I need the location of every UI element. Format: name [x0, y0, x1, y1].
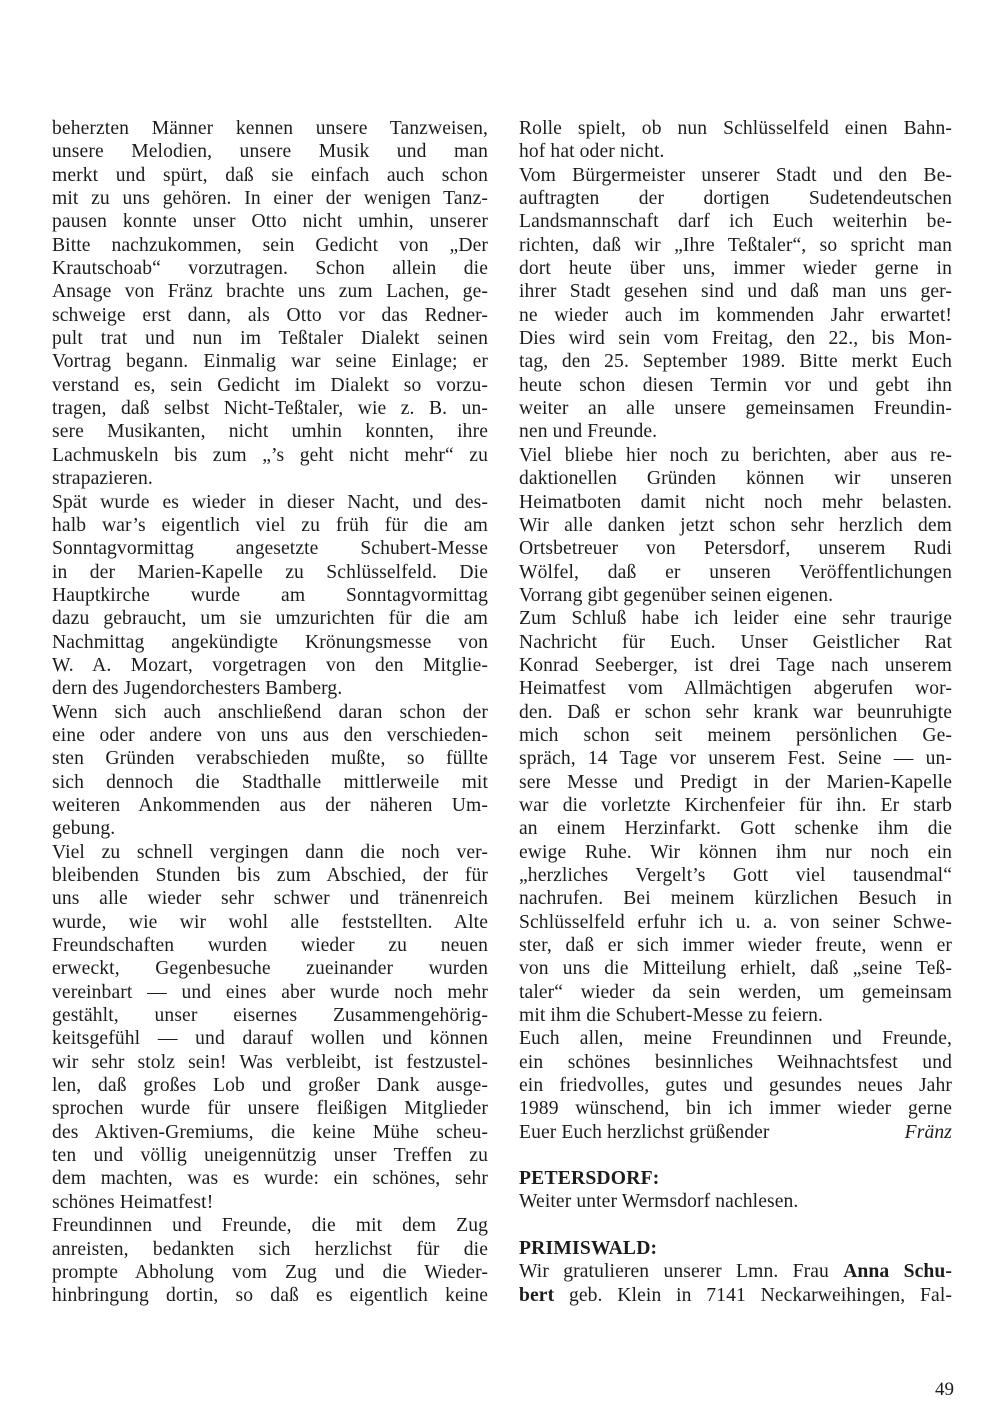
text-line: Vom Bürgermeister unserer Stadt und den … [519, 164, 952, 187]
text-line: Vorrang gibt gegenüber seinen eigenen. [519, 584, 952, 607]
closing-line: Euer Euch herzlichst grüßender Fränz [519, 1121, 952, 1144]
text-line: Spät wurde es wieder in dieser Nacht, un… [52, 491, 488, 514]
text-line: beherzten Männer kennen unsere Tanzweise… [52, 117, 488, 140]
text-line: Wenn sich auch anschließend daran schon … [52, 701, 488, 724]
text-line: hof hat oder nicht. [519, 140, 952, 163]
text-line: von uns die Mitteilung erhielt, daß „sei… [519, 957, 952, 980]
text-line: prompte Abholung vom Zug und die Wieder- [52, 1261, 488, 1284]
text-line: Zum Schluß habe ich leider eine sehr tra… [519, 607, 952, 630]
text-line: Freundinnen und Freunde, die mit dem Zug [52, 1214, 488, 1237]
section-text-primiswald: Wir gratulieren unserer Lmn. Frau Anna S… [519, 1260, 952, 1283]
text-line: heute schon diesen Termin vor und gebt i… [519, 374, 952, 397]
text-line: Heimatfest vom Allmächtigen abgerufen wo… [519, 677, 952, 700]
text-line: des Aktiven-Gremiums, die keine Mühe sch… [52, 1121, 488, 1144]
text-line: dort heute über uns, immer wieder gerne … [519, 257, 952, 280]
text-line: dazu gebraucht, um sie umzurichten für d… [52, 607, 488, 630]
text-line: mich schon seit meinem persönlichen Ge- [519, 724, 952, 747]
text-line: Euch allen, meine Freundinnen und Freund… [519, 1027, 952, 1050]
page-number: 49 [920, 1379, 954, 1401]
text-line: an einem Herzinfarkt. Gott schenke ihm d… [519, 817, 952, 840]
text-line: Sonntagvormittag angesetzte Schubert-Mes… [52, 537, 488, 560]
text-line: keitsgefühl — und darauf wollen und könn… [52, 1027, 488, 1050]
text-line: wurde, wie wir wohl alle feststellten. A… [52, 911, 488, 934]
text-line: Ortsbetreuer von Petersdorf, unserem Rud… [519, 537, 952, 560]
text-line: dern des Jugendorchesters Bamberg. [52, 677, 488, 700]
text-line: Konrad Seeberger, ist drei Tage nach uns… [519, 654, 952, 677]
text-line: unsere Melodien, unsere Musik und man [52, 140, 488, 163]
text-line: weiteren Ankommenden aus der näheren Um- [52, 794, 488, 817]
text-line: uns alle wieder sehr schwer und tränenre… [52, 887, 488, 910]
text-line: anreisten, bedankten sich herzlichst für… [52, 1238, 488, 1261]
text-line: sere Messe und Predigt in der Marien-Kap… [519, 771, 952, 794]
text-line: taler“ wieder da sein werden, um gemeins… [519, 981, 952, 1004]
text-line: ne wieder auch im kommenden Jahr erwarte… [519, 304, 952, 327]
text-line: tag, den 25. September 1989. Bitte merkt… [519, 350, 952, 373]
person-name: bert [519, 1285, 554, 1306]
text-line: Lachmuskeln bis zum „’s geht nicht mehr“… [52, 444, 488, 467]
section-spacer [519, 1214, 952, 1237]
text-line: Heimatboten damit nicht noch mehr belast… [519, 491, 952, 514]
text-line: sten Gründen verabschieden mußte, so fül… [52, 747, 488, 770]
text-line: weiter an alle unsere gemeinsamen Freund… [519, 397, 952, 420]
text-line: Hauptkirche wurde am Sonntagvormittag [52, 584, 488, 607]
text-line: ein schönes besinnliches Weihnachtsfest … [519, 1051, 952, 1074]
text-line: pausen konnte unser Otto nicht umhin, un… [52, 210, 488, 233]
text-line: auftragten der dortigen Sudetendeutschen [519, 187, 952, 210]
section-heading-primiswald: PRIMISWALD: [519, 1237, 952, 1260]
text-line: ein friedvolles, gutes und gesundes neue… [519, 1074, 952, 1097]
text-line: Landsmannschaft darf ich Euch weiterhin … [519, 210, 952, 233]
left-column: beherzten Männer kennen unsere Tanzweise… [52, 117, 488, 1308]
text-line: eine oder andere von uns aus den verschi… [52, 724, 488, 747]
text-line: mit zu uns gehören. In einer der wenigen… [52, 187, 488, 210]
text-line: Wir alle danken jetzt schon sehr herzlic… [519, 514, 952, 537]
text-line: Schlüsselfeld erfuhr ich u. a. von seine… [519, 911, 952, 934]
section-text-petersdorf: Weiter unter Wermsdorf nachlesen. [519, 1190, 952, 1213]
text-line: dem machten, was es wurde: ein schönes, … [52, 1167, 488, 1190]
document-page: beherzten Männer kennen unsere Tanzweise… [0, 0, 1000, 1413]
text-line: Viel zu schnell vergingen dann die noch … [52, 841, 488, 864]
text-line: gestählt, unser eisernes Zusammengehörig… [52, 1004, 488, 1027]
text-line: Nachmittag angekündigte Krönungsmesse vo… [52, 631, 488, 654]
text-line: Bitte nachzukommen, sein Gedicht von „De… [52, 234, 488, 257]
text-line: Dies wird sein vom Freitag, den 22., bis… [519, 327, 952, 350]
text-line: daktionellen Gründen können wir unseren [519, 467, 952, 490]
text-line: ten und völlig uneigennützig unser Treff… [52, 1144, 488, 1167]
text-line: vereinbart — und eines aber wurde noch m… [52, 981, 488, 1004]
text-line: tragen, daß selbst Nicht-Teßtaler, wie z… [52, 397, 488, 420]
text-line: strapazieren. [52, 467, 488, 490]
text-line: spräch, 14 Tage vor unserem Fest. Seine … [519, 747, 952, 770]
text-line: war die vorletzte Kirchenfeier für ihn. … [519, 794, 952, 817]
text-line: pult trat und nun im Teßtaler Dialekt se… [52, 327, 488, 350]
right-column: Rolle spielt, ob nun Schlüsselfeld einen… [519, 117, 952, 1307]
text-line: halb war’s eigentlich viel zu früh für d… [52, 514, 488, 537]
text-run: Wir gratulieren unserer Lmn. Frau [519, 1261, 843, 1282]
text-line: verstand es, sein Gedicht im Dialekt so … [52, 374, 488, 397]
text-line: Krautschoab“ vorzutragen. Schon allein d… [52, 257, 488, 280]
text-line: nen und Freunde. [519, 420, 952, 443]
text-line: nachrufen. Bei meinem kürzlichen Besuch … [519, 887, 952, 910]
text-line: 1989 wünschend, bin ich immer wieder ger… [519, 1097, 952, 1120]
text-line: ihrer Stadt gesehen sind und daß man uns… [519, 280, 952, 303]
text-line: in der Marien-Kapelle zu Schlüsselfeld. … [52, 561, 488, 584]
text-line: Wölfel, daß er unseren Veröffentlichunge… [519, 561, 952, 584]
text-line: len, daß großes Lob und großer Dank ausg… [52, 1074, 488, 1097]
text-line: Rolle spielt, ob nun Schlüsselfeld einen… [519, 117, 952, 140]
author-signature: Fränz [905, 1121, 952, 1144]
text-line: Vortrag begann. Einmalig war seine Einla… [52, 350, 488, 373]
text-line: „herzliches Vergelt’s Gott viel tausendm… [519, 864, 952, 887]
text-line: schönes Heimatfest! [52, 1191, 488, 1214]
text-line: merkt und spürt, daß sie einfach auch sc… [52, 164, 488, 187]
person-name: Anna Schu- [843, 1261, 952, 1282]
text-line: Freundschaften wurden wieder zu neuen [52, 934, 488, 957]
text-line: bleibenden Stunden bis zum Abschied, der… [52, 864, 488, 887]
text-line: ster, daß er sich immer wieder freute, w… [519, 934, 952, 957]
text-line: sere Musikanten, nicht umhin konnten, ih… [52, 420, 488, 443]
text-line: ewige Ruhe. Wir können ihm nur noch ein [519, 841, 952, 864]
section-spacer [519, 1144, 952, 1167]
section-heading-petersdorf: PETERSDORF: [519, 1167, 952, 1190]
text-line: Viel bliebe hier noch zu berichten, aber… [519, 444, 952, 467]
section-text-primiswald: bert geb. Klein in 7141 Neckarweihingen,… [519, 1284, 952, 1307]
text-line: richten, daß wir „Ihre Teßtaler“, so spr… [519, 234, 952, 257]
text-line: W. A. Mozart, vorgetragen von den Mitgli… [52, 654, 488, 677]
text-line: gebung. [52, 817, 488, 840]
text-run: geb. Klein in 7141 Neckarweihingen, Fal- [554, 1285, 952, 1306]
text-line: schweige erst dann, als Otto vor das Red… [52, 304, 488, 327]
text-line: Nachricht für Euch. Unser Geistlicher Ra… [519, 631, 952, 654]
text-line: hinbringung dortin, so daß es eigentlich… [52, 1284, 488, 1307]
text-line: den. Daß er schon sehr krank war beunruh… [519, 701, 952, 724]
closing-text: Euer Euch herzlichst grüßender [519, 1121, 770, 1144]
text-line: wir sehr stolz sein! Was verbleibt, ist … [52, 1051, 488, 1074]
text-line: sprochen wurde für unsere fleißigen Mitg… [52, 1097, 488, 1120]
text-line: mit ihm die Schubert-Messe zu feiern. [519, 1004, 952, 1027]
text-line: sich dennoch die Stadthalle mittlerweile… [52, 771, 488, 794]
text-line: Ansage von Fränz brachte uns zum Lachen,… [52, 280, 488, 303]
text-line: erweckt, Gegenbesuche zueinander wurden [52, 957, 488, 980]
